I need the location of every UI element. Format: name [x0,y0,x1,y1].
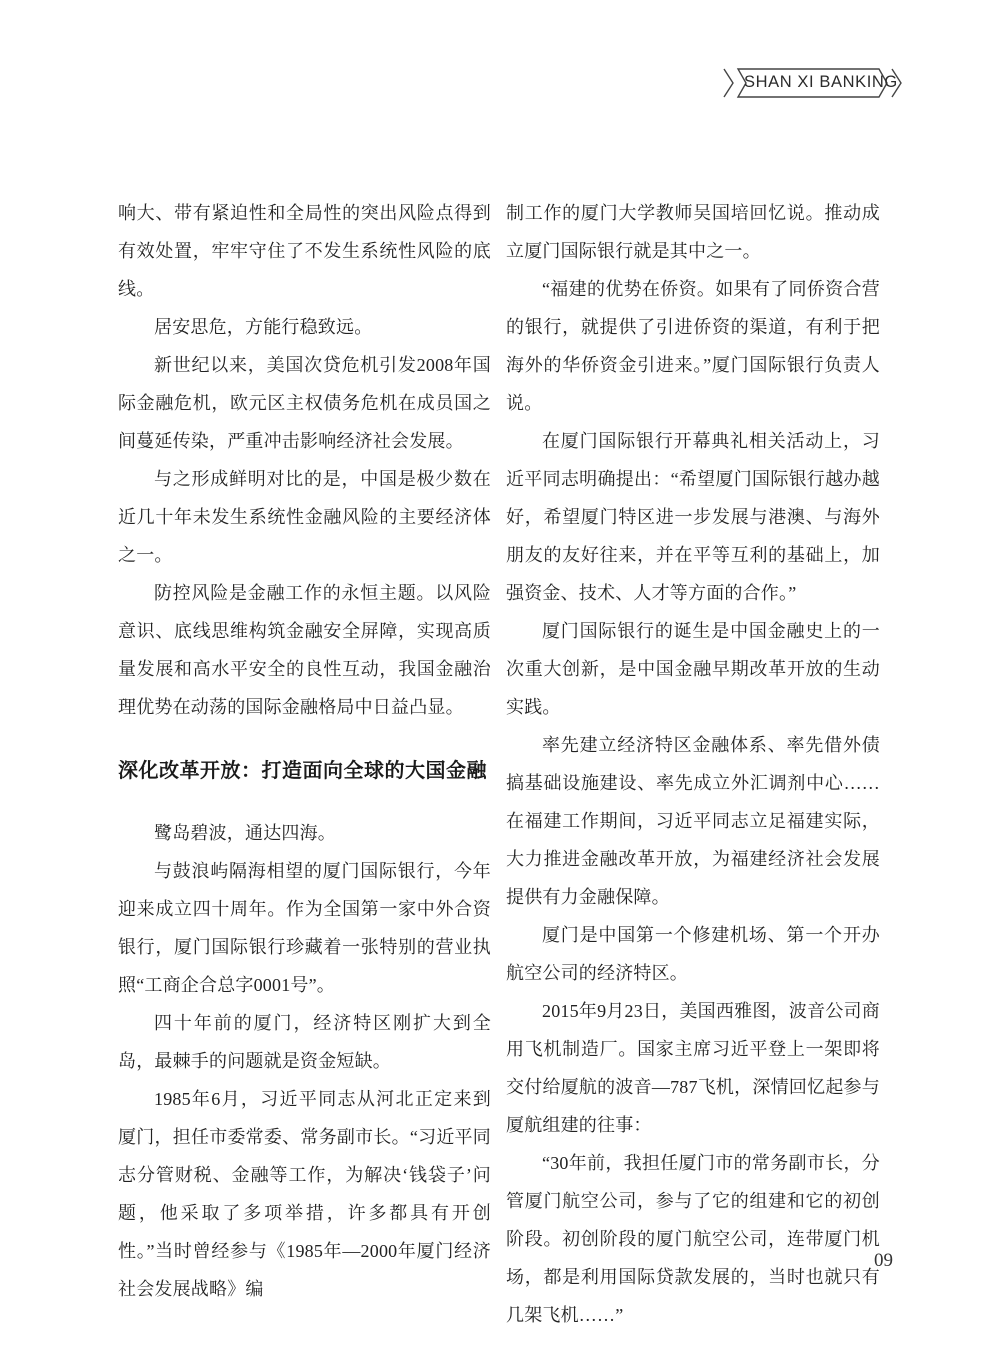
paragraph: 响大、带有紧迫性和全局性的突出风险点得到有效处置，牢牢守住了不发生系统性风险的底… [118,194,491,308]
right-column: 制工作的厦门大学教师吴国培回忆说。推动成立厦门国际银行就是其中之一。 “福建的优… [506,194,880,1334]
header-badge-text: SHAN XI BANKING [744,67,882,99]
paragraph: 与鼓浪屿隔海相望的厦门国际银行，今年迎来成立四十周年。作为全国第一家中外合资银行… [118,852,491,1004]
header-badge: SHAN XI BANKING [720,67,904,99]
paragraph: 率先建立经济特区金融体系、率先借外债搞基础设施建设、率先成立外汇调剂中心……在福… [506,726,880,916]
paragraph: 厦门是中国第一个修建机场、第一个开办航空公司的经济特区。 [506,916,880,992]
magazine-page: SHAN XI BANKING 响大、带有紧迫性和全局性的突出风险点得到有效处置… [0,0,992,1346]
paragraph: 新世纪以来，美国次贷危机引发2008年国际金融危机，欧元区主权债务危机在成员国之… [118,346,491,460]
section-heading: 深化改革开放：打造面向全球的大国金融 [118,754,491,788]
paragraph: 鹭岛碧波，通达四海。 [118,814,491,852]
paragraph: “30年前，我担任厦门市的常务副市长，分管厦门航空公司，参与了它的组建和它的初创… [506,1144,880,1334]
paragraph: 防控风险是金融工作的永恒主题。以风险意识、底线思维构筑金融安全屏障，实现高质量发… [118,574,491,726]
paragraph: 居安思危，方能行稳致远。 [118,308,491,346]
paragraph: 制工作的厦门大学教师吴国培回忆说。推动成立厦门国际银行就是其中之一。 [506,194,880,270]
paragraph: 与之形成鲜明对比的是，中国是极少数在近几十年未发生系统性金融风险的主要经济体之一… [118,460,491,574]
paragraph: 四十年前的厦门，经济特区刚扩大到全岛，最棘手的问题就是资金短缺。 [118,1004,491,1080]
badge-left-chevron-icon [724,69,733,97]
paragraph: 在厦门国际银行开幕典礼相关活动上，习近平同志明确提出：“希望厦门国际银行越办越好… [506,422,880,612]
paragraph: “福建的优势在侨资。如果有了同侨资合营的银行，就提供了引进侨资的渠道，有利于把海… [506,270,880,422]
paragraph: 厦门国际银行的诞生是中国金融史上的一次重大创新，是中国金融早期改革开放的生动实践… [506,612,880,726]
paragraph: 1985年6月，习近平同志从河北正定来到厦门，担任市委常委、常务副市长。“习近平… [118,1080,491,1308]
paragraph: 2015年9月23日，美国西雅图，波音公司商用飞机制造厂。国家主席习近平登上一架… [506,992,880,1144]
left-column: 响大、带有紧迫性和全局性的突出风险点得到有效处置，牢牢守住了不发生系统性风险的底… [118,194,491,1308]
page-number: 09 [874,1250,893,1272]
